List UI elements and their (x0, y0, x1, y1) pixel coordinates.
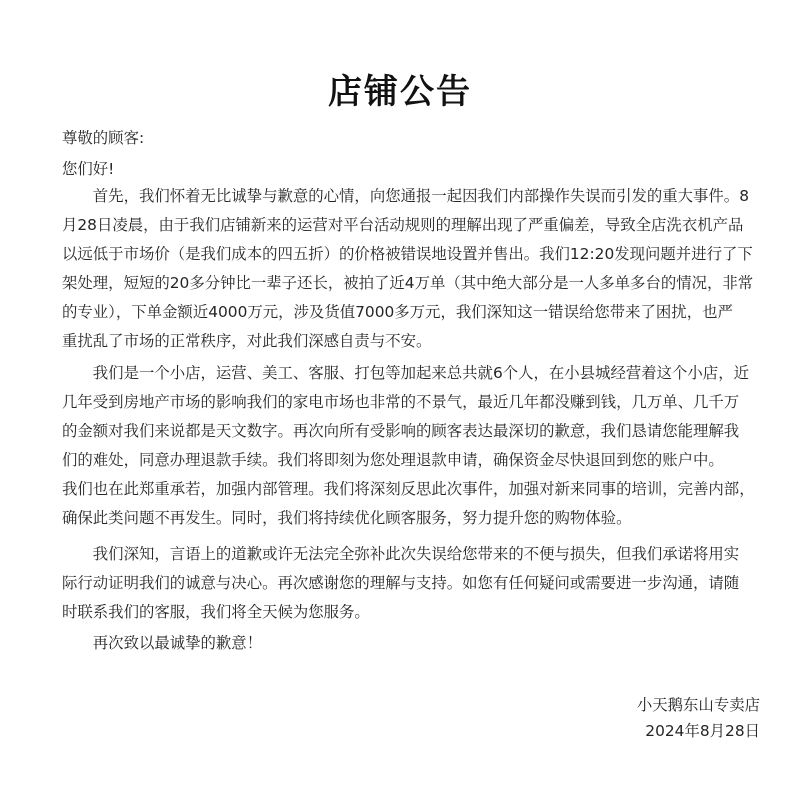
salutation: 尊敬的顾客: (62, 128, 144, 148)
signature-store: 小天鹅东山专卖店 (637, 695, 760, 715)
body-line: 我们也在此郑重承若，加强内部管理。我们将深刻反思此次事件，加强对新来同事的培训，… (62, 479, 755, 499)
body-line: 首先，我们怀着无比诚挚与歉意的心情，向您通报一起因我们内部操作失误而引发的重大事… (62, 186, 749, 206)
body-line: 以远低于市场价（是我们成本的四五折）的价格被错误地设置并售出。我们12:20发现… (62, 244, 753, 264)
body-line: 们的难处，同意办理退款手续。我们将即刻为您处理退款申请，确保资金尽快退回到您的账… (62, 450, 724, 470)
signature-date: 2024年8月28日 (645, 721, 760, 741)
page-title: 店铺公告 (0, 64, 800, 113)
body-line: 际行动证明我们的诚意与决心。再次感谢您的理解与支持。如您有任何疑问或需要进一步沟… (62, 573, 739, 593)
closing-line: 再次致以最诚挚的歉意！ (62, 633, 262, 653)
body-line: 我们深知，言语上的道歉或许无法完全弥补此次失误给您带来的不便与损失，但我们承诺将… (62, 544, 739, 564)
body-line: 确保此类问题不再发生。同时，我们将持续优化顾客服务，努力提升您的购物体验。 (62, 508, 631, 528)
body-line: 几年受到房地产市场的影响我们的家电市场也非常的不景气，最近几年都没赚到钱，几万单… (62, 392, 739, 412)
body-line: 时联系我们的客服，我们将全天候为您服务。 (62, 602, 370, 622)
body-line: 的金额对我们来说都是天文数字。再次向所有受影响的顾客表达最深切的歉意，我们恳请您… (62, 421, 739, 441)
body-line: 的专业），下单金额近4000万元，涉及货值7000多万元，我们深知这一错误给您带… (62, 302, 733, 322)
greeting: 您们好! (62, 159, 114, 179)
body-line: 重扰乱了市场的正常秩序，对此我们深感自责与不安。 (62, 331, 431, 351)
body-line: 月28日凌晨，由于我们店铺新来的运营对平台活动规则的理解出现了严重偏差，导致全店… (62, 215, 743, 235)
body-line: 我们是一个小店，运营、美工、客服、打包等加起来总共就6个人，在小县城经营着这个小… (62, 363, 749, 383)
body-line: 架处理，短短的20多分钟比一辈子还长，被拍了近4万单（其中绝大部分是一人多单多台… (62, 273, 753, 293)
